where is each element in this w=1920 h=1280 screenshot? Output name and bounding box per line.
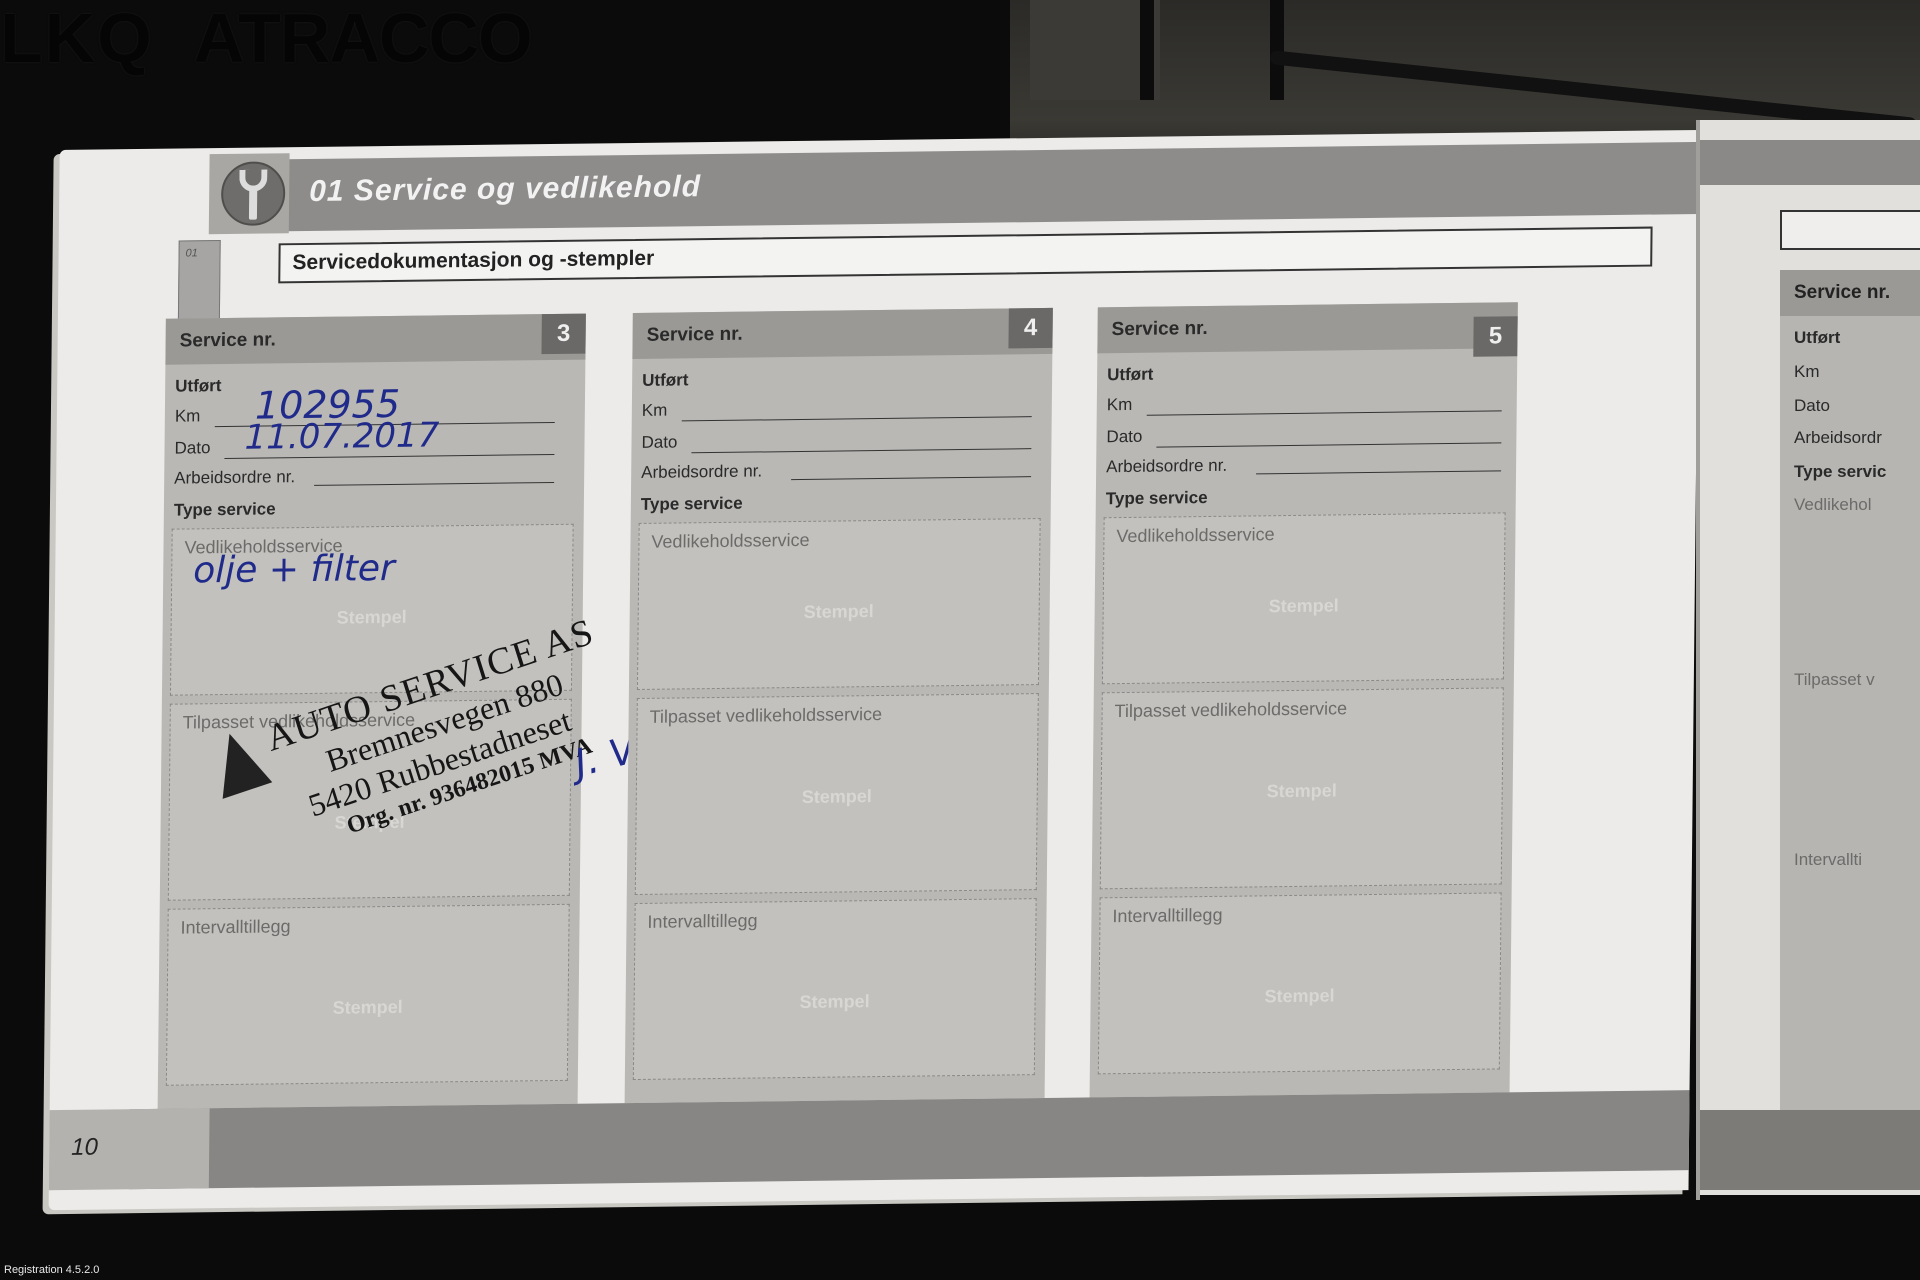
chapter-tab: 01 [178,240,221,323]
card-header: Service nr. [165,314,585,365]
intervalltillegg-label: Intervalltillegg [647,911,757,933]
section-title: Servicedokumentasjon og -stempler [292,247,654,275]
service-card-5: Service nr. 5 Utført Km Dato Arbeidsordr… [1090,302,1518,1097]
dato-line [691,448,1031,453]
stempel-placeholder: Stempel [635,989,1035,1015]
watermark-logo: LKQATRACCO [0,0,532,78]
tilpasset-label: Tilpasset vedlikeholdsservice [650,704,883,728]
type-service-label: Type servic [1794,462,1886,482]
section-header [1780,210,1920,250]
vedlikeholdsservice-box: Vedlikeholdsservice Stempel [637,518,1041,690]
tilpasset-box: Tilpasset vedlikeholdsservice Stempel [1100,687,1504,889]
service-card-partial: Service nr. Utført Km Dato Arbeidsordr T… [1780,270,1920,1120]
card-header: Service nr. [632,308,1052,359]
intervalltillegg-box: Intervalltillegg Stempel [633,898,1037,1080]
arbeidsordre-line [791,476,1031,480]
dato-label: Dato [641,432,677,452]
utfort-label: Utført [1107,365,1153,386]
card-header: Service nr. [1097,302,1517,353]
stempel-placeholder: Stempel [172,605,572,631]
intervalltillegg-label: Intervalltillegg [180,916,290,938]
arbeidsordre-label: Arbeidsordre nr. [641,461,762,482]
arbeidsordre-label: Arbeidsordr [1794,428,1882,448]
km-line [1147,410,1502,415]
logo-atracco: ATRACCO [194,0,532,77]
service-nr-label: Service nr. [1794,282,1890,304]
service-number-badge: 5 [1473,316,1517,357]
stempel-placeholder: Stempel [1104,593,1504,619]
km-label: Km [175,406,201,426]
km-label: Km [642,401,668,421]
vedlikeholdsservice-label: Vedlikeholdsservice [651,530,809,553]
intervalltillegg-label: Intervallti [1794,850,1862,870]
intervalltillegg-box: Intervalltillegg Stempel [1098,892,1502,1074]
logo-lkq: LKQ [0,0,154,77]
stempel-placeholder: Stempel [639,599,1039,625]
type-service-label: Type service [641,494,743,515]
service-book-left-page: 01 Service og vedlikehold 01 Servicedoku… [49,100,1700,1195]
tilpasset-box: Tilpasset vedlikeholdsservice Stempel [635,693,1039,895]
utfort-label: Utført [175,376,221,397]
footer-band [1700,1110,1920,1190]
registration-label: Registration 4.5.2.0 [4,1264,99,1276]
arbeidsordre-line [314,482,554,486]
vedlikeholdsservice-box: Vedlikeholdsservice Stempel [1102,512,1506,684]
intervalltillegg-box: Intervalltillegg Stempel [166,904,570,1086]
tilpasset-label: Tilpasset vedlikeholdsservice [1115,698,1348,722]
chapter-title: 01 Service og vedlikehold [309,170,701,209]
chapter-tab-label: 01 [186,247,198,259]
page-number: 10 [71,1134,98,1162]
vedlikeholdsservice-label: Vedlikehol [1794,495,1872,515]
km-label: Km [1794,362,1820,382]
service-nr-label: Service nr. [647,324,743,347]
stempel-placeholder: Stempel [1099,983,1499,1009]
service-book-right-page: Service nr. Utført Km Dato Arbeidsordr T… [1700,120,1920,1195]
arbeidsordre-label: Arbeidsordre nr. [1106,456,1227,477]
utfort-label: Utført [642,370,688,391]
type-service-label: Type service [1106,488,1208,509]
type-service-label: Type service [174,499,276,520]
stempel-placeholder: Stempel [637,784,1037,810]
dato-value: 11.07.2017 [244,415,439,457]
km-label: Km [1107,395,1133,415]
dato-line [1156,442,1501,447]
vedlikeholdsservice-label: Vedlikeholdsservice [1116,524,1274,547]
arbeidsordre-label: Arbeidsordre nr. [174,467,295,488]
chapter-header [1700,140,1920,185]
service-card-4: Service nr. 4 Utført Km Dato Arbeidsordr… [625,308,1053,1103]
dato-label: Dato [1106,427,1142,447]
dato-label: Dato [1794,396,1830,416]
stempel-placeholder: Stempel [168,995,568,1021]
handwritten-note: olje + filter [193,548,395,591]
card-header: Service nr. [1780,270,1920,316]
km-line [682,416,1032,421]
background-bar [1140,0,1154,100]
dato-label: Dato [174,438,210,458]
tilpasset-label: Tilpasset v [1794,670,1875,690]
intervalltillegg-label: Intervalltillegg [1112,905,1222,927]
stempel-placeholder: Stempel [1102,778,1502,804]
page-number-box: 10 [49,1108,210,1190]
arbeidsordre-line [1256,470,1501,474]
utfort-label: Utført [1794,328,1840,348]
service-nr-label: Service nr. [180,329,276,352]
service-nr-label: Service nr. [1111,318,1207,341]
service-number-badge: 3 [541,314,585,355]
service-number-badge: 4 [1008,308,1052,349]
